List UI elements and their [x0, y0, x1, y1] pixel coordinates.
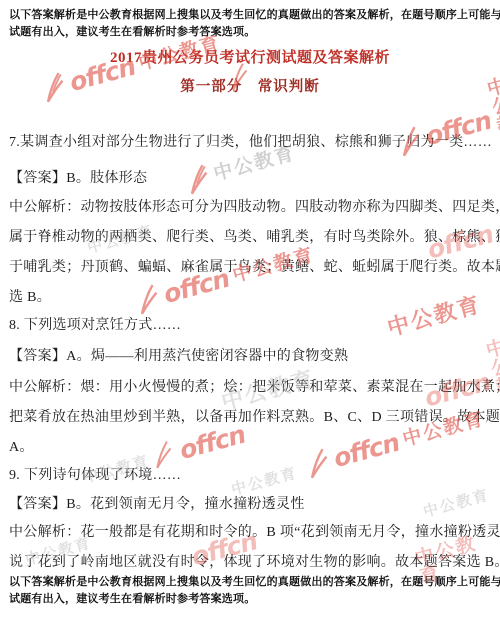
page-title: 2017贵州公务员考试行测试题及答案解析	[0, 46, 500, 67]
question-stem: 9. 下列诗句体现了环境……	[9, 464, 495, 484]
disclaimer-bottom-line: 试题有出入，建议考生在看解析时参考答案选项。	[9, 590, 495, 606]
disclaimer-bottom-line: 以下答案解析是中公教育根据网上搜集以及考生回忆的真题做出的答案及解析，在题号顺序…	[9, 573, 495, 589]
answer-line: 【答案】B。花到领南无月令，撞水撞粉透灵性	[9, 493, 495, 513]
analysis-line: 中公解析：花一般都是有花期和时令的。B 项“花到领南无月令，撞水撞粉透灵性”	[9, 521, 495, 541]
analysis-line: 于哺乳类；丹顶鹤、蝙蝠、麻雀属于鸟类；黄鳝、蛇、蚯蚓属于爬行类。故本题答案	[9, 256, 495, 276]
analysis-line: 中公解析：煨：用小火慢慢的煮；烩：把米饭等和荤菜、素菜混在一起加水煮；煸：	[9, 376, 495, 396]
analysis-line: A。	[9, 436, 495, 456]
analysis-line: 中公解析：动物按肢体形态可分为四肢动物。四肢动物亦称为四脚类、四足类，包括	[9, 196, 495, 216]
analysis-line: 说了花到了岭南地区就没有时令，体现了环境对生物的影响。故本题答案选 B。	[9, 551, 495, 571]
analysis-line: 选 B。	[9, 286, 495, 306]
question-stem: 7.某调查小组对部分生物进行了归类，他们把胡狼、棕熊和狮子归为一类……	[9, 131, 495, 151]
section-heading: 第一部分 常识判断	[0, 75, 500, 96]
document-page: 以下答案解析是中公教育根据网上搜集以及考生回忆的真题做出的答案及解析，在题号顺序…	[0, 0, 500, 620]
question-stem: 8. 下列选项对烹饪方式……	[9, 314, 495, 334]
answer-line: 【答案】B。肢体形态	[9, 167, 495, 187]
disclaimer-top-line: 以下答案解析是中公教育根据网上搜集以及考生回忆的真题做出的答案及解析，在题号顺序…	[9, 6, 495, 22]
analysis-line: 把菜肴放在热油里炒到半熟，以备再加作料烹熟。B、C、D 三项错误。故本题答案选	[9, 406, 495, 426]
answer-line: 【答案】A。焗——利用蒸汽使密闭容器中的食物变熟	[9, 345, 495, 365]
disclaimer-top-line: 试题有出入，建议考生在看解析时参考答案选项。	[9, 23, 495, 39]
analysis-line: 属于脊椎动物的两栖类、爬行类、鸟类、哺乳类，有时鸟类除外。狼、棕熊、狮子属	[9, 226, 495, 246]
